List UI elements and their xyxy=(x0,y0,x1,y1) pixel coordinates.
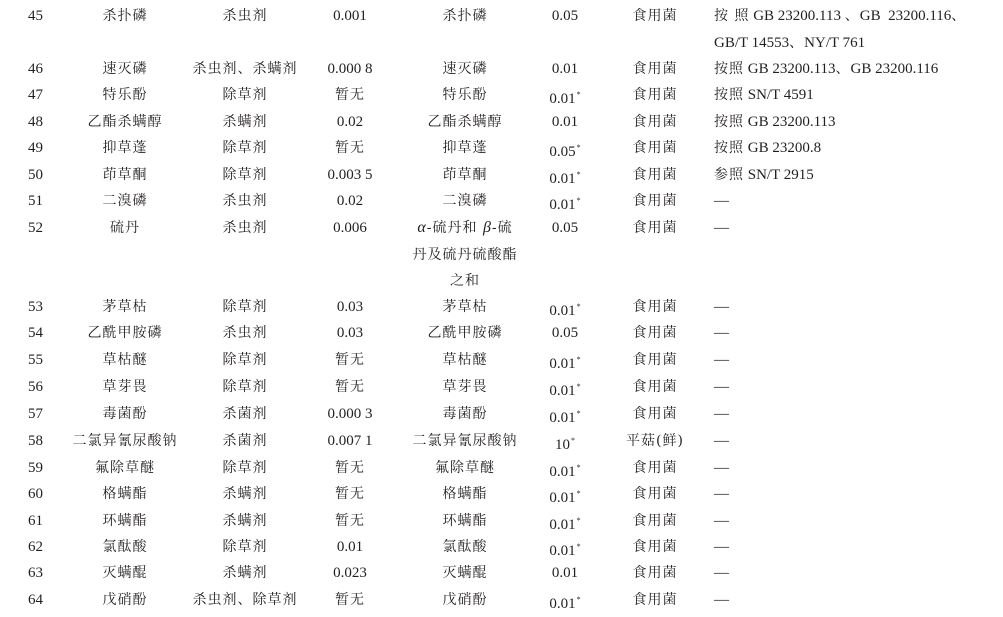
mrl-value: 0.05 xyxy=(520,3,610,29)
food-name: 食用菌 xyxy=(610,587,700,613)
test-method: — xyxy=(714,534,994,561)
food-name: 食用菌 xyxy=(610,215,700,241)
test-method: — xyxy=(714,374,994,401)
test-method: — xyxy=(714,481,994,508)
adi-value: 0.023 xyxy=(300,560,400,586)
food-name: 食用菌 xyxy=(610,109,700,135)
test-method: 按照 GB 23200.113 xyxy=(714,109,994,136)
row-number: 59 xyxy=(28,455,60,481)
mrl-value: 0.05 xyxy=(520,320,610,346)
provisional-mark: * xyxy=(577,382,581,391)
mrl-number: 0.01 xyxy=(549,197,575,213)
adi-value: 暂无 xyxy=(300,135,400,161)
adi-value: 暂无 xyxy=(300,455,400,481)
residue-definition: 戊硝酚 xyxy=(400,587,530,614)
adi-value: 暂无 xyxy=(300,481,400,507)
food-name: 食用菌 xyxy=(610,455,700,481)
adi-value: 0.03 xyxy=(300,294,400,320)
food-name: 食用菌 xyxy=(610,347,700,373)
provisional-mark: * xyxy=(571,436,575,445)
row-number: 57 xyxy=(28,401,60,427)
row-number: 58 xyxy=(28,428,60,454)
provisional-mark: * xyxy=(577,90,581,99)
mrl-value: 0.01* xyxy=(520,188,610,218)
mrl-number: 0.05 xyxy=(552,325,578,341)
provisional-mark: * xyxy=(577,355,581,364)
pesticide-name: 特乐酚 xyxy=(60,82,190,108)
mrl-value: 0.01* xyxy=(520,401,610,431)
provisional-mark: * xyxy=(577,143,581,152)
mrl-number: 0.01 xyxy=(552,565,578,581)
food-name: 食用菌 xyxy=(610,508,700,534)
mrl-value: 0.05* xyxy=(520,135,610,165)
pesticide-category: 除草剂 xyxy=(185,82,305,108)
mrl-number: 0.05 xyxy=(552,220,578,236)
row-number: 53 xyxy=(28,294,60,320)
row-number: 61 xyxy=(28,508,60,534)
pesticide-name: 二溴磷 xyxy=(60,188,190,214)
pesticide-name: 草枯醚 xyxy=(60,347,190,373)
pesticide-name: 毒菌酚 xyxy=(60,401,190,427)
mrl-value: 0.01* xyxy=(520,82,610,112)
adi-value: 0.02 xyxy=(300,109,400,135)
residue-definition: α-硫丹和 β-硫丹及硫丹硫酸酯之和 xyxy=(400,215,530,295)
residue-definition: 茚草酮 xyxy=(400,162,530,189)
pesticide-name: 灭螨醌 xyxy=(60,560,190,586)
food-name: 食用菌 xyxy=(610,162,700,188)
pesticide-category: 除草剂 xyxy=(185,135,305,161)
adi-value: 暂无 xyxy=(300,508,400,534)
food-name: 食用菌 xyxy=(610,135,700,161)
provisional-mark: * xyxy=(577,196,581,205)
pesticide-category: 杀菌剂 xyxy=(185,401,305,427)
mrl-number: 0.01 xyxy=(549,464,575,480)
pesticide-category: 除草剂 xyxy=(185,455,305,481)
adi-value: 0.02 xyxy=(300,188,400,214)
residue-definition: 乙酯杀螨醇 xyxy=(400,109,530,136)
residue-definition: 草枯醚 xyxy=(400,347,530,374)
pesticide-category: 杀螨剂 xyxy=(185,508,305,534)
adi-value: 0.006 xyxy=(300,215,400,241)
provisional-mark: * xyxy=(577,516,581,525)
pesticide-name: 格螨酯 xyxy=(60,481,190,507)
mrl-number: 0.01 xyxy=(552,114,578,130)
provisional-mark: * xyxy=(577,302,581,311)
pesticide-name: 乙酯杀螨醇 xyxy=(60,109,190,135)
residue-definition: 草芽畏 xyxy=(400,374,530,401)
pesticide-category: 除草剂 xyxy=(185,294,305,320)
mrl-value: 0.05 xyxy=(520,215,610,241)
pesticide-name: 速灭磷 xyxy=(60,56,190,82)
adi-value: 暂无 xyxy=(300,374,400,400)
residue-definition: 二溴磷 xyxy=(400,188,530,215)
pesticide-name: 二氯异氰尿酸钠 xyxy=(60,428,190,454)
pesticide-name: 乙酰甲胺磷 xyxy=(60,320,190,346)
row-number: 56 xyxy=(28,374,60,400)
row-number: 49 xyxy=(28,135,60,161)
test-method: 参照 SN/T 2915 xyxy=(714,162,994,189)
row-number: 64 xyxy=(28,587,60,613)
adi-value: 暂无 xyxy=(300,587,400,613)
pesticide-category: 杀螨剂 xyxy=(185,109,305,135)
provisional-mark: * xyxy=(577,463,581,472)
test-method: — xyxy=(714,320,994,347)
mrl-value: 0.01* xyxy=(520,374,610,404)
row-number: 46 xyxy=(28,56,60,82)
adi-value: 0.001 xyxy=(300,3,400,29)
test-method: — xyxy=(714,347,994,374)
pesticide-name: 戊硝酚 xyxy=(60,587,190,613)
residue-definition: 毒菌酚 xyxy=(400,401,530,428)
pesticide-name: 氯酞酸 xyxy=(60,534,190,560)
food-name: 食用菌 xyxy=(610,401,700,427)
residue-definition: 二氯异氰尿酸钠 xyxy=(400,428,530,455)
mrl-number: 0.01 xyxy=(549,490,575,506)
test-method: — xyxy=(714,455,994,482)
test-method: — xyxy=(714,294,994,321)
row-number: 47 xyxy=(28,82,60,108)
pesticide-name: 草芽畏 xyxy=(60,374,190,400)
row-number: 48 xyxy=(28,109,60,135)
row-number: 45 xyxy=(28,3,60,29)
test-method: — xyxy=(714,215,994,242)
mrl-number: 0.01 xyxy=(549,410,575,426)
pesticide-name: 环螨酯 xyxy=(60,508,190,534)
food-name: 食用菌 xyxy=(610,374,700,400)
provisional-mark: * xyxy=(577,170,581,179)
adi-value: 暂无 xyxy=(300,347,400,373)
pesticide-category: 杀虫剂 xyxy=(185,320,305,346)
pesticide-category: 杀菌剂 xyxy=(185,428,305,454)
pesticide-category: 杀虫剂、杀螨剂 xyxy=(185,56,305,82)
mrl-value: 0.01 xyxy=(520,56,610,82)
mrl-value: 0.01 xyxy=(520,109,610,135)
residue-definition: 灭螨醌 xyxy=(400,560,530,587)
row-number: 55 xyxy=(28,347,60,373)
pesticide-category: 除草剂 xyxy=(185,374,305,400)
provisional-mark: * xyxy=(577,409,581,418)
mrl-number: 0.01 xyxy=(549,383,575,399)
test-method: 按 照 GB 23200.113 、GB 23200.116、GB/T 1455… xyxy=(714,3,994,56)
food-name: 食用菌 xyxy=(610,320,700,346)
adi-value: 0.003 5 xyxy=(300,162,400,188)
pesticide-category: 除草剂 xyxy=(185,162,305,188)
pesticide-category: 杀螨剂 xyxy=(185,560,305,586)
mrl-number: 0.01 xyxy=(552,61,578,77)
adi-value: 0.000 8 xyxy=(300,56,400,82)
pesticide-category: 除草剂 xyxy=(185,347,305,373)
mrl-number: 0.01 xyxy=(549,543,575,559)
mrl-value: 0.01* xyxy=(520,587,610,617)
residue-definition: 格螨酯 xyxy=(400,481,530,508)
residue-definition: 抑草蓬 xyxy=(400,135,530,162)
test-method: — xyxy=(714,508,994,535)
pesticide-name: 硫丹 xyxy=(60,215,190,241)
test-method: — xyxy=(714,587,994,614)
food-name: 食用菌 xyxy=(610,56,700,82)
residue-definition: 环螨酯 xyxy=(400,508,530,535)
food-name: 食用菌 xyxy=(610,82,700,108)
pesticide-name: 抑草蓬 xyxy=(60,135,190,161)
pesticide-category: 除草剂 xyxy=(185,534,305,560)
residue-definition: 杀扑磷 xyxy=(400,3,530,30)
mrl-value: 0.01 xyxy=(520,560,610,586)
food-name: 平菇(鲜) xyxy=(610,428,700,454)
pesticide-name: 茅草枯 xyxy=(60,294,190,320)
row-number: 51 xyxy=(28,188,60,214)
row-number: 63 xyxy=(28,560,60,586)
row-number: 62 xyxy=(28,534,60,560)
test-method: — xyxy=(714,428,994,455)
row-number: 60 xyxy=(28,481,60,507)
adi-value: 0.000 3 xyxy=(300,401,400,427)
mrl-number: 0.01 xyxy=(549,356,575,372)
provisional-mark: * xyxy=(577,542,581,551)
adi-value: 0.03 xyxy=(300,320,400,346)
mrl-value: 10* xyxy=(520,428,610,458)
adi-value: 0.007 1 xyxy=(300,428,400,454)
row-number: 52 xyxy=(28,215,60,241)
mrl-number: 0.01 xyxy=(549,91,575,107)
provisional-mark: * xyxy=(577,489,581,498)
pesticide-category: 杀螨剂 xyxy=(185,481,305,507)
test-method: — xyxy=(714,560,994,587)
mrl-number: 10 xyxy=(555,437,570,453)
mrl-number: 0.01 xyxy=(549,171,575,187)
food-name: 食用菌 xyxy=(610,560,700,586)
pesticide-category: 杀虫剂 xyxy=(185,3,305,29)
test-method: — xyxy=(714,401,994,428)
mrl-number: 0.01 xyxy=(549,303,575,319)
adi-value: 0.01 xyxy=(300,534,400,560)
mrl-value: 0.01* xyxy=(520,481,610,511)
residue-definition: 特乐酚 xyxy=(400,82,530,109)
test-method: 按照 SN/T 4591 xyxy=(714,82,994,109)
mrl-number: 0.01 xyxy=(549,517,575,533)
food-name: 食用菌 xyxy=(610,481,700,507)
residue-definition: 速灭磷 xyxy=(400,56,530,83)
residue-definition: 氟除草醚 xyxy=(400,455,530,482)
row-number: 54 xyxy=(28,320,60,346)
food-name: 食用菌 xyxy=(610,294,700,320)
pesticide-category: 杀虫剂 xyxy=(185,215,305,241)
pesticide-category: 杀虫剂 xyxy=(185,188,305,214)
mrl-number: 0.05 xyxy=(552,8,578,24)
food-name: 食用菌 xyxy=(610,534,700,560)
pesticide-category: 杀虫剂、除草剂 xyxy=(185,587,305,613)
residue-definition: 乙酰甲胺磷 xyxy=(400,320,530,347)
adi-value: 暂无 xyxy=(300,82,400,108)
row-number: 50 xyxy=(28,162,60,188)
provisional-mark: * xyxy=(577,595,581,604)
food-name: 食用菌 xyxy=(610,188,700,214)
test-method: 按照 GB 23200.113、GB 23200.116 xyxy=(714,56,994,83)
residue-definition: 氯酞酸 xyxy=(400,534,530,561)
pesticide-name: 氟除草醚 xyxy=(60,455,190,481)
test-method: 按照 GB 23200.8 xyxy=(714,135,994,162)
pesticide-name: 茚草酮 xyxy=(60,162,190,188)
mrl-number: 0.01 xyxy=(549,596,575,612)
mrl-number: 0.05 xyxy=(549,144,575,160)
food-name: 食用菌 xyxy=(610,3,700,29)
residue-definition: 茅草枯 xyxy=(400,294,530,321)
test-method: — xyxy=(714,188,994,215)
mrl-value: 0.01* xyxy=(520,347,610,377)
pesticide-name: 杀扑磷 xyxy=(60,3,190,29)
